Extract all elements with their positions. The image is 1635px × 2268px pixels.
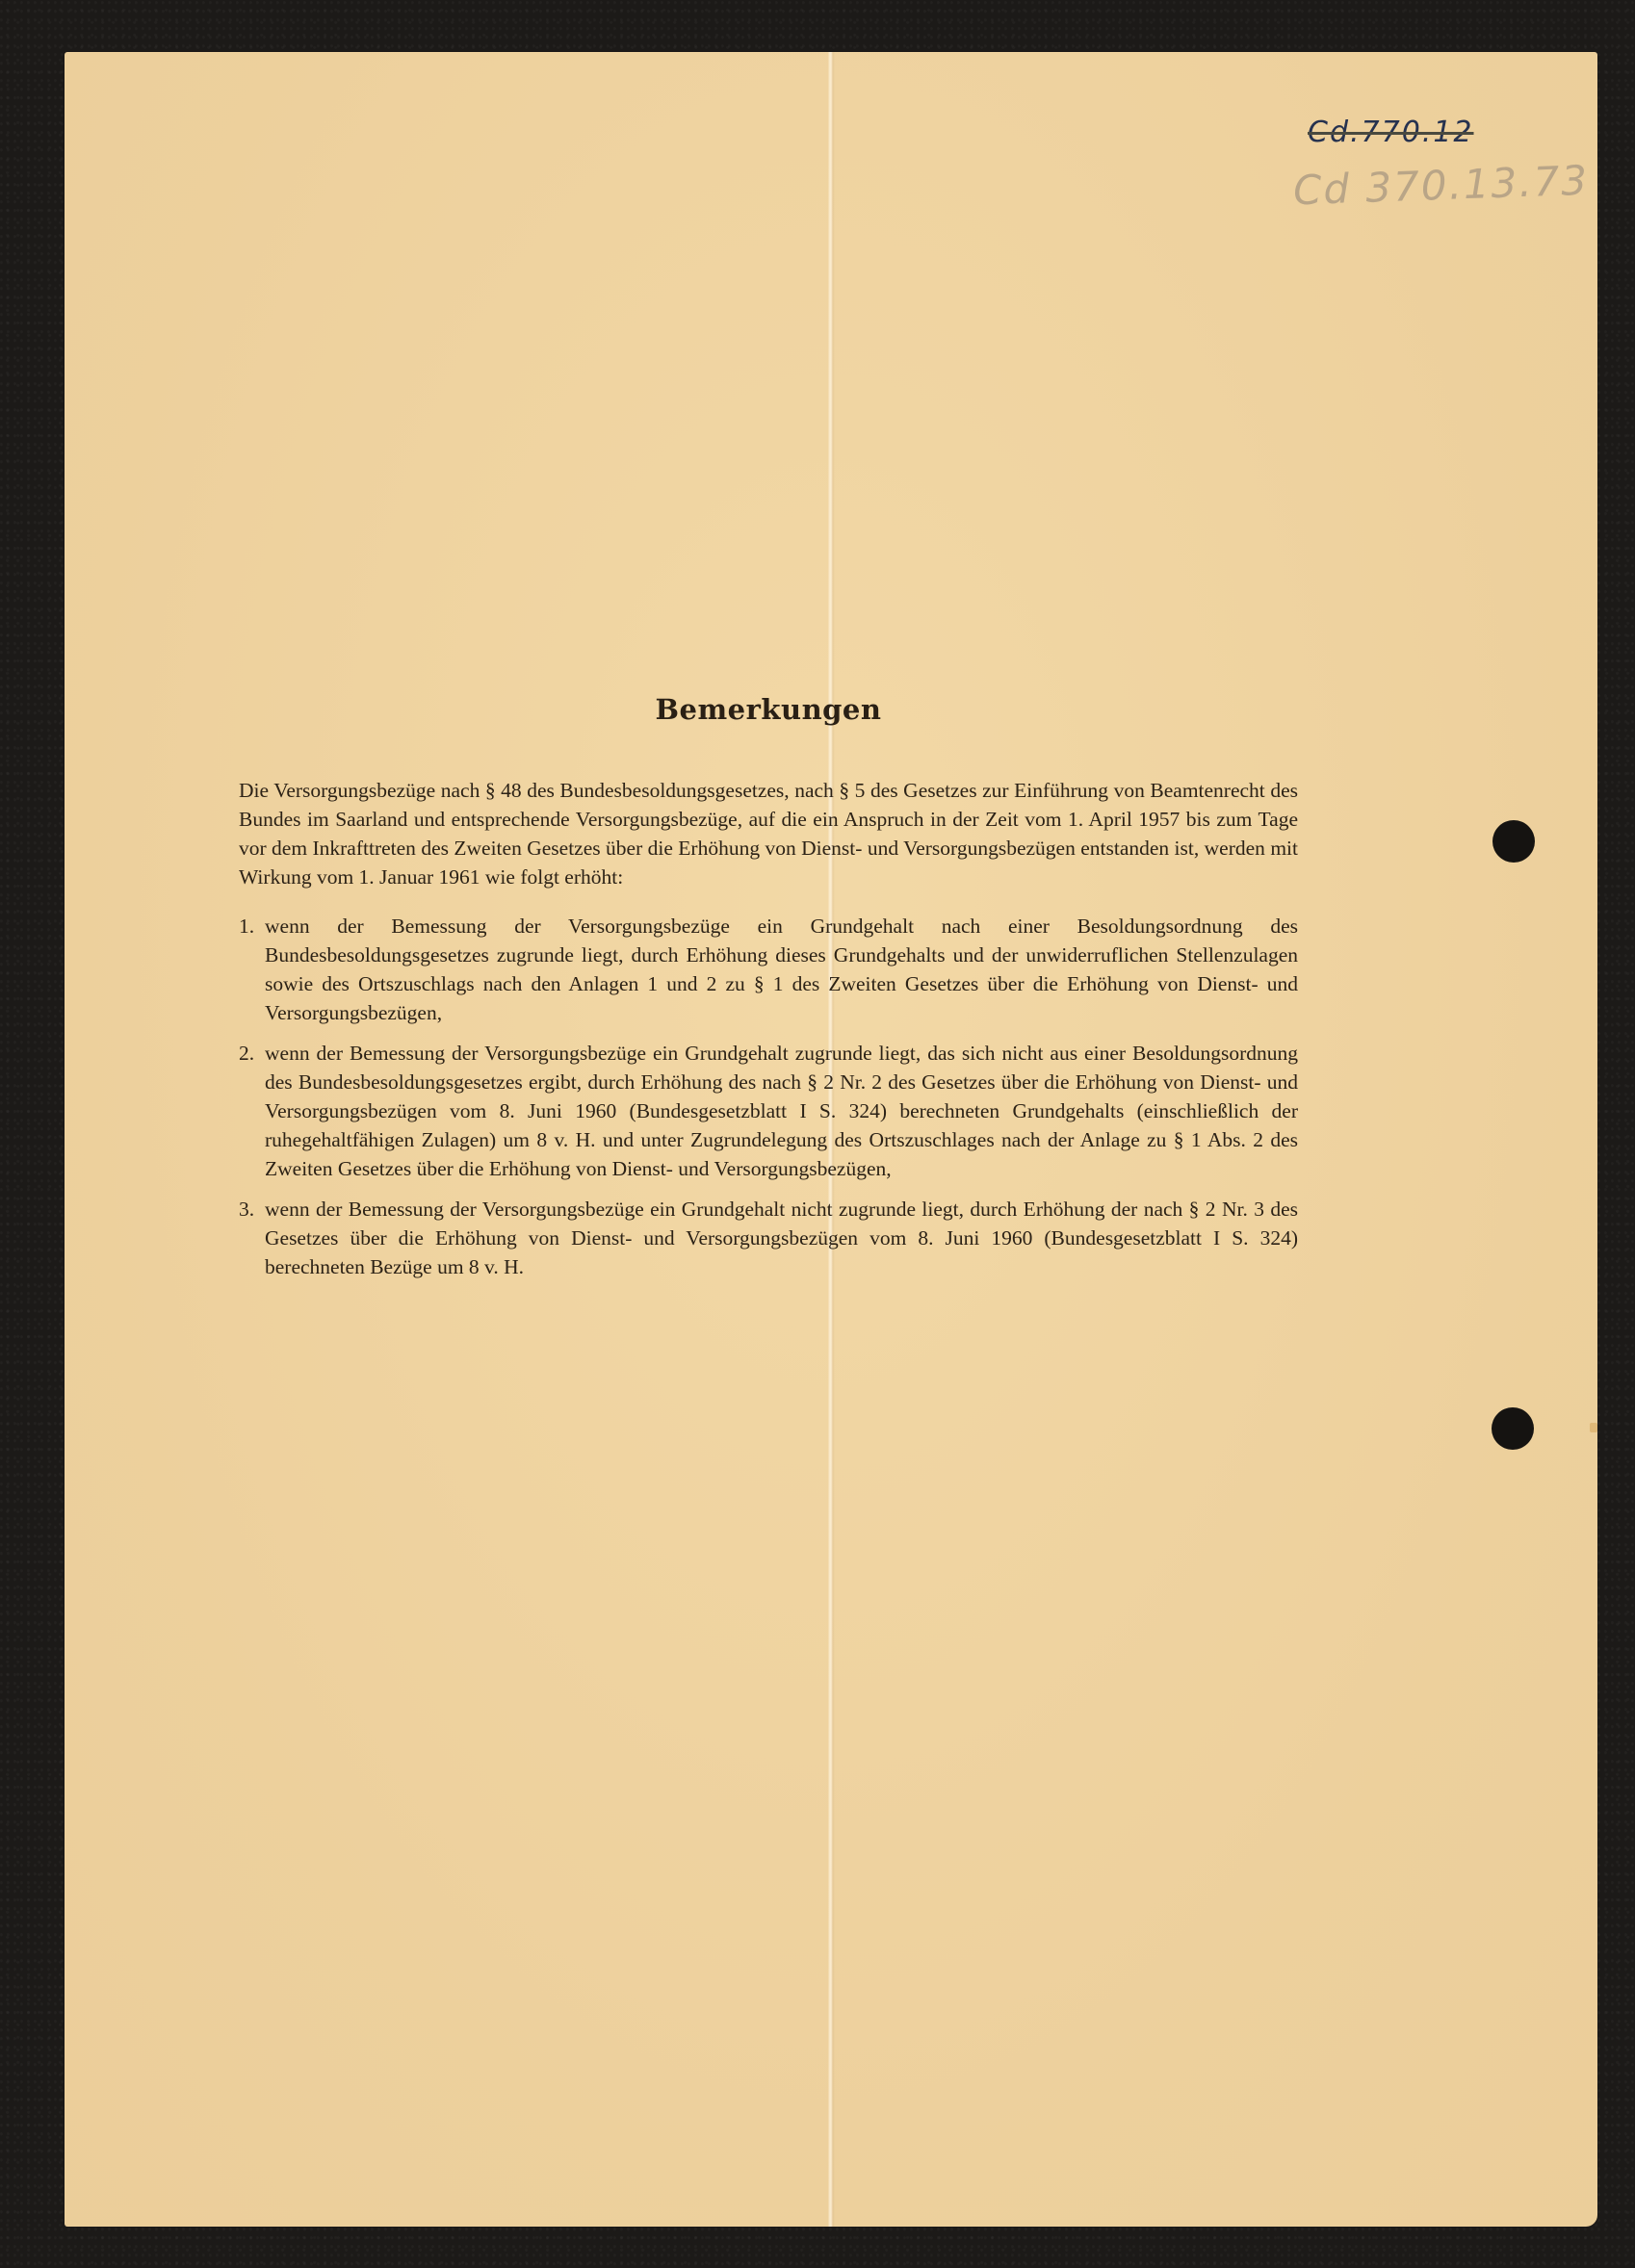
conditions-list: 1. wenn der Bemessung der Versorgungsbez… bbox=[239, 912, 1298, 1293]
list-item-number: 3. bbox=[239, 1195, 254, 1224]
handwritten-struck-reference: Cd.770.12 bbox=[1308, 116, 1474, 149]
page-title: Bemerkungen bbox=[239, 693, 1298, 726]
punch-hole-top bbox=[1492, 820, 1535, 863]
list-item: 3. wenn der Bemessung der Versorgungsbez… bbox=[239, 1195, 1298, 1281]
handwritten-pencil-reference: Cd 370.13.73 bbox=[1292, 157, 1590, 215]
list-item-number: 2. bbox=[239, 1039, 254, 1068]
list-item-number: 1. bbox=[239, 912, 254, 941]
list-item-text: wenn der Bemessung der Versorgungsbezüge… bbox=[265, 1198, 1298, 1278]
list-item: 2. wenn der Bemessung der Versorgungsbez… bbox=[239, 1039, 1298, 1183]
list-item: 1. wenn der Bemessung der Versorgungsbez… bbox=[239, 912, 1298, 1027]
list-item-text: wenn der Bemessung der Versorgungsbezüge… bbox=[265, 1042, 1298, 1180]
paper-tear bbox=[1590, 1423, 1597, 1432]
list-item-text: wenn der Bemessung der Versorgungsbezüge… bbox=[265, 915, 1298, 1024]
document-page: Cd.770.12 Cd 370.13.73 Bemerkungen Die V… bbox=[65, 52, 1597, 2227]
punch-hole-bottom bbox=[1492, 1407, 1534, 1450]
intro-paragraph: Die Versorgungsbezüge nach § 48 des Bund… bbox=[239, 776, 1298, 891]
